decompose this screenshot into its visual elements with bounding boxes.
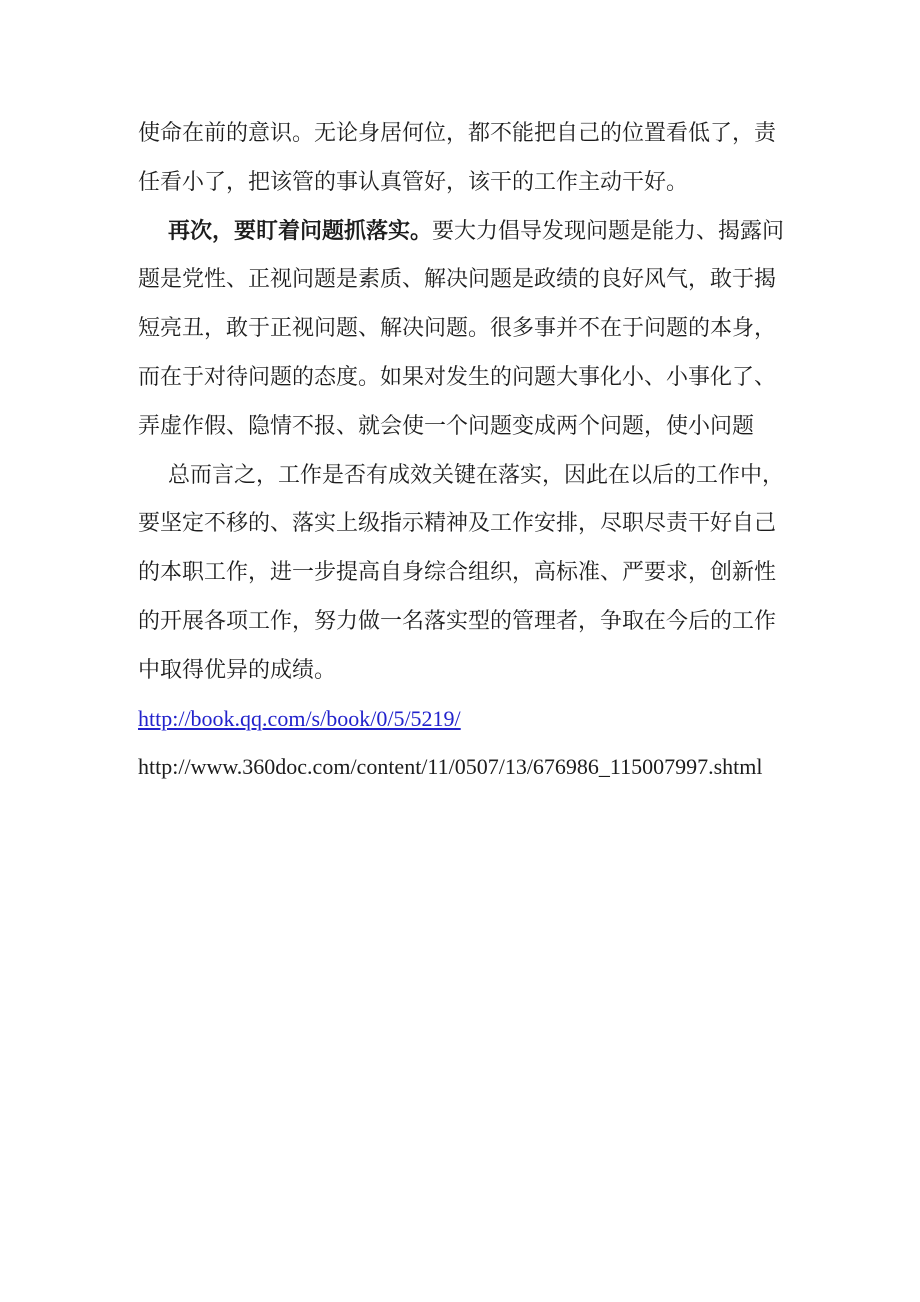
text-line: 总而言之，工作是否有成效关键在落实，因此在以后的工作中，	[138, 451, 838, 500]
text-line: 的本职工作，进一步提高自身综合组织，高标准、严要求，创新性	[138, 548, 838, 597]
paragraph-zaici: 再次，要盯着问题抓落实。要大力倡导发现问题是能力、揭露问 题是党性、正视问题是素…	[138, 207, 838, 451]
text-line: 短亮丑，敢于正视问题、解决问题。很多事并不在于问题的本身，	[138, 304, 838, 353]
text-line: 的开展各项工作，努力做一名落实型的管理者，争取在今后的工作	[138, 597, 838, 646]
paragraph-plain-url: http://www.360doc.com/content/11/0507/13…	[138, 743, 838, 792]
text-line: 任看小了，把该管的事认真管好，该干的工作主动干好。	[138, 158, 838, 207]
text-line: 再次，要盯着问题抓落实。要大力倡导发现问题是能力、揭露问	[138, 207, 838, 256]
document-page: 使命在前的意识。无论身居何位，都不能把自己的位置看低了，责 任看小了，把该管的事…	[0, 0, 920, 1302]
text-line: 而在于对待问题的态度。如果对发生的问题大事化小、小事化了、	[138, 353, 838, 402]
bold-lead-text: 再次，要盯着问题抓落实。	[168, 218, 432, 243]
paragraph-summary: 总而言之，工作是否有成效关键在落实，因此在以后的工作中， 要坚定不移的、落实上级…	[138, 451, 838, 695]
hyperlink-line: http://book.qq.com/s/book/0/5/5219/	[138, 695, 838, 744]
text-line: 中取得优异的成绩。	[138, 646, 838, 695]
text-line: 要坚定不移的、落实上级指示精神及工作安排，尽职尽责干好自己	[138, 499, 838, 548]
text-run: 要大力倡导发现问题是能力、揭露问	[432, 218, 784, 243]
document-content: 使命在前的意识。无论身居何位，都不能把自己的位置看低了，责 任看小了，把该管的事…	[138, 109, 838, 792]
plain-url-text: http://www.360doc.com/content/11/0507/13…	[138, 743, 838, 792]
paragraph-continuation: 使命在前的意识。无论身居何位，都不能把自己的位置看低了，责 任看小了，把该管的事…	[138, 109, 838, 207]
text-line: 题是党性、正视问题是素质、解决问题是政绩的良好风气，敢于揭	[138, 255, 838, 304]
paragraph-hyperlink: http://book.qq.com/s/book/0/5/5219/	[138, 695, 838, 744]
text-line: 弄虚作假、隐情不报、就会使一个问题变成两个问题，使小问题	[138, 402, 838, 451]
book-qq-link[interactable]: http://book.qq.com/s/book/0/5/5219/	[138, 706, 461, 731]
text-line: 使命在前的意识。无论身居何位，都不能把自己的位置看低了，责	[138, 109, 838, 158]
